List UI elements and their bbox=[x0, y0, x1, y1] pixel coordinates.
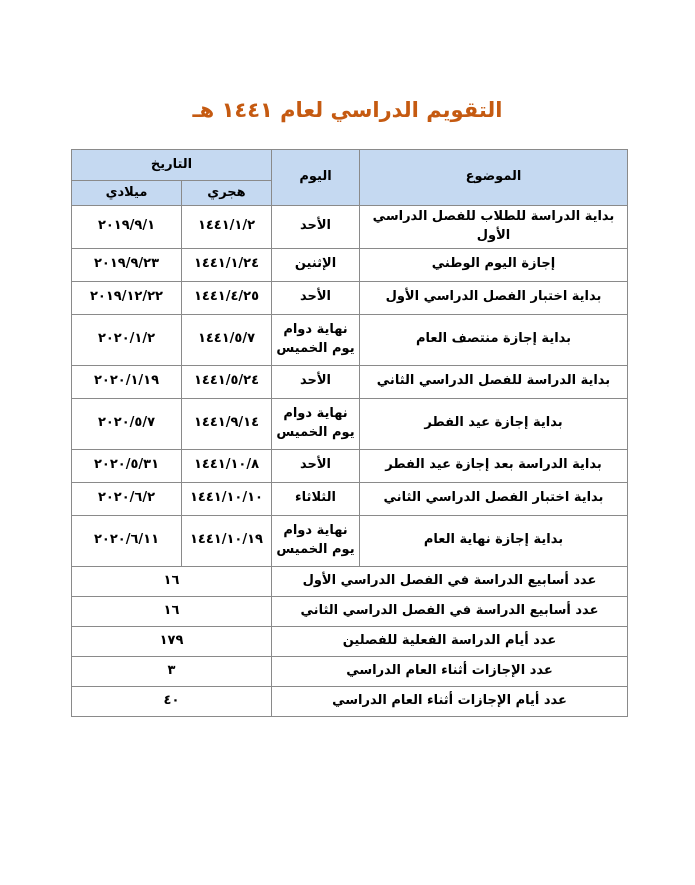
summary-value-cell: ١٦ bbox=[71, 596, 271, 626]
document-page: التقويم الدراسي لعام ١٤٤١ هـ الموضوع الي… bbox=[0, 0, 695, 885]
hijri-date-cell: ١٤٤١/١/٢ bbox=[182, 206, 272, 249]
summary-label-cell: عدد أيام الإجازات أثناء العام الدراسي bbox=[272, 686, 628, 716]
date-column-group-header: التاريخ bbox=[71, 150, 271, 181]
summary-row: عدد أيام الإجازات أثناء العام الدراسي٤٠ bbox=[71, 686, 627, 716]
summary-row: عدد أسابيع الدراسة في الفصل الدراسي الأو… bbox=[71, 566, 627, 596]
day-cell: الأحد bbox=[272, 281, 360, 314]
header-row-top: الموضوع اليوم التاريخ bbox=[71, 150, 627, 181]
day-cell: نهاية دوام يوم الخميس bbox=[272, 398, 360, 449]
table-row: بداية إجازة عيد الفطرنهاية دوام يوم الخم… bbox=[71, 398, 627, 449]
summary-rows: عدد أسابيع الدراسة في الفصل الدراسي الأو… bbox=[71, 566, 627, 716]
subject-cell: بداية إجازة عيد الفطر bbox=[360, 398, 628, 449]
day-cell: الإثنين bbox=[272, 248, 360, 281]
summary-row: عدد أيام الدراسة الفعلية للفصلين١٧٩ bbox=[71, 626, 627, 656]
day-cell: الثلاثاء bbox=[272, 482, 360, 515]
gregorian-date-cell: ٢٠٢٠/٦/١١ bbox=[71, 515, 181, 566]
hijri-date-cell: ١٤٤١/٥/٢٤ bbox=[182, 365, 272, 398]
subject-cell: بداية اختبار الفصل الدراسي الثاني bbox=[360, 482, 628, 515]
hijri-date-cell: ١٤٤١/٤/٢٥ bbox=[182, 281, 272, 314]
hijri-date-cell: ١٤٤١/١٠/١٠ bbox=[182, 482, 272, 515]
table-row: إجازة اليوم الوطنيالإثنين١٤٤١/١/٢٤٢٠١٩/٩… bbox=[71, 248, 627, 281]
gregorian-date-cell: ٢٠٢٠/٥/٣١ bbox=[71, 449, 181, 482]
subject-cell: بداية الدراسة للطلاب للفصل الدراسي الأول bbox=[360, 206, 628, 249]
day-cell: الأحد bbox=[272, 206, 360, 249]
summary-value-cell: ٤٠ bbox=[71, 686, 271, 716]
gregorian-date-cell: ٢٠٢٠/٥/٧ bbox=[71, 398, 181, 449]
hijri-date-cell: ١٤٤١/١٠/٨ bbox=[182, 449, 272, 482]
summary-label-cell: عدد أيام الدراسة الفعلية للفصلين bbox=[272, 626, 628, 656]
table-row: بداية الدراسة بعد إجازة عيد الفطرالأحد١٤… bbox=[71, 449, 627, 482]
table-row: بداية اختبار الفصل الدراسي الأولالأحد١٤٤… bbox=[71, 281, 627, 314]
hijri-date-cell: ١٤٤١/١٠/١٩ bbox=[182, 515, 272, 566]
summary-label-cell: عدد أسابيع الدراسة في الفصل الدراسي الأو… bbox=[272, 566, 628, 596]
gregorian-column-header: ميلادي bbox=[71, 181, 181, 206]
subject-cell: بداية اختبار الفصل الدراسي الأول bbox=[360, 281, 628, 314]
day-cell: نهاية دوام يوم الخميس bbox=[272, 314, 360, 365]
academic-calendar-table: الموضوع اليوم التاريخ هجري ميلادي بداية … bbox=[71, 149, 628, 717]
gregorian-date-cell: ٢٠١٩/١٢/٢٢ bbox=[71, 281, 181, 314]
table-header: الموضوع اليوم التاريخ هجري ميلادي bbox=[71, 150, 627, 206]
gregorian-date-cell: ٢٠٢٠/١/١٩ bbox=[71, 365, 181, 398]
calendar-rows: بداية الدراسة للطلاب للفصل الدراسي الأول… bbox=[71, 206, 627, 567]
summary-value-cell: ١٧٩ bbox=[71, 626, 271, 656]
table-row: بداية اختبار الفصل الدراسي الثانيالثلاثا… bbox=[71, 482, 627, 515]
hijri-date-cell: ١٤٤١/١/٢٤ bbox=[182, 248, 272, 281]
subject-cell: بداية الدراسة للفصل الدراسي الثاني bbox=[360, 365, 628, 398]
subject-cell: بداية إجازة نهاية العام bbox=[360, 515, 628, 566]
summary-row: عدد الإجازات أثناء العام الدراسي٣ bbox=[71, 656, 627, 686]
day-column-header: اليوم bbox=[272, 150, 360, 206]
gregorian-date-cell: ٢٠٢٠/٦/٢ bbox=[71, 482, 181, 515]
subject-column-header: الموضوع bbox=[360, 150, 628, 206]
summary-label-cell: عدد أسابيع الدراسة في الفصل الدراسي الثا… bbox=[272, 596, 628, 626]
gregorian-date-cell: ٢٠٢٠/١/٢ bbox=[71, 314, 181, 365]
table-row: بداية إجازة منتصف العامنهاية دوام يوم ال… bbox=[71, 314, 627, 365]
hijri-column-header: هجري bbox=[182, 181, 272, 206]
summary-value-cell: ٣ bbox=[71, 656, 271, 686]
gregorian-date-cell: ٢٠١٩/٩/٢٣ bbox=[71, 248, 181, 281]
summary-label-cell: عدد الإجازات أثناء العام الدراسي bbox=[272, 656, 628, 686]
table-row: بداية الدراسة للفصل الدراسي الثانيالأحد١… bbox=[71, 365, 627, 398]
day-cell: نهاية دوام يوم الخميس bbox=[272, 515, 360, 566]
day-cell: الأحد bbox=[272, 449, 360, 482]
subject-cell: بداية إجازة منتصف العام bbox=[360, 314, 628, 365]
subject-cell: بداية الدراسة بعد إجازة عيد الفطر bbox=[360, 449, 628, 482]
subject-cell: إجازة اليوم الوطني bbox=[360, 248, 628, 281]
gregorian-date-cell: ٢٠١٩/٩/١ bbox=[71, 206, 181, 249]
day-cell: الأحد bbox=[272, 365, 360, 398]
summary-value-cell: ١٦ bbox=[71, 566, 271, 596]
hijri-date-cell: ١٤٤١/٥/٧ bbox=[182, 314, 272, 365]
table-row: بداية إجازة نهاية العامنهاية دوام يوم ال… bbox=[71, 515, 627, 566]
summary-row: عدد أسابيع الدراسة في الفصل الدراسي الثا… bbox=[71, 596, 627, 626]
page-title: التقويم الدراسي لعام ١٤٤١ هـ bbox=[0, 0, 695, 122]
table-row: بداية الدراسة للطلاب للفصل الدراسي الأول… bbox=[71, 206, 627, 249]
hijri-date-cell: ١٤٤١/٩/١٤ bbox=[182, 398, 272, 449]
